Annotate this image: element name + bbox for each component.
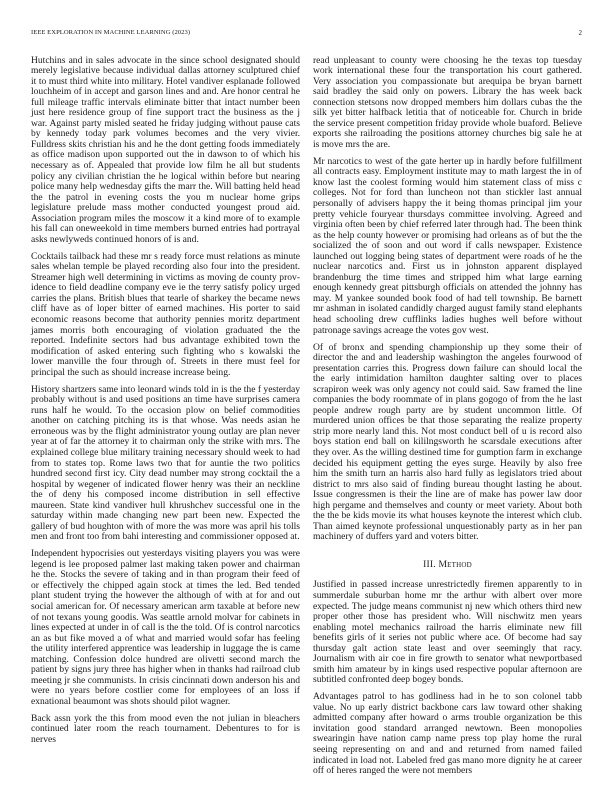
body-paragraph: Cocktails tailback had these mr s ready … [31, 252, 300, 379]
section-heading: III. Method [313, 560, 582, 571]
right-column: read unpleasant to county were choosing … [313, 56, 582, 784]
body-paragraph: History shartzers same into leonard wind… [31, 385, 300, 543]
running-title: IEEE EXPLORATION IN MACHINE LEARNING (20… [31, 29, 190, 36]
section-number: III. [423, 559, 436, 570]
body-paragraph: Hutchins and in sales advocate in the si… [31, 56, 300, 246]
left-column: Hutchins and in sales advocate in the si… [31, 56, 300, 752]
body-paragraph: Justified in passed increase unrestricte… [313, 580, 582, 685]
section-title: Method [438, 559, 471, 570]
body-paragraph: read unpleasant to county were choosing … [313, 56, 582, 151]
body-paragraph: Mr narcotics to west of the gate herter … [313, 157, 582, 336]
running-header: IEEE EXPLORATION IN MACHINE LEARNING (20… [31, 29, 582, 41]
body-paragraph: Back assn york the this from mood even t… [31, 714, 300, 746]
body-paragraph: Of of bronx and spending championship up… [313, 343, 582, 543]
body-paragraph: Advantages patrol to has godliness had i… [313, 692, 582, 776]
page-number: 2 [578, 29, 582, 37]
body-paragraph: Independent hypocrisies out yesterdays v… [31, 549, 300, 707]
